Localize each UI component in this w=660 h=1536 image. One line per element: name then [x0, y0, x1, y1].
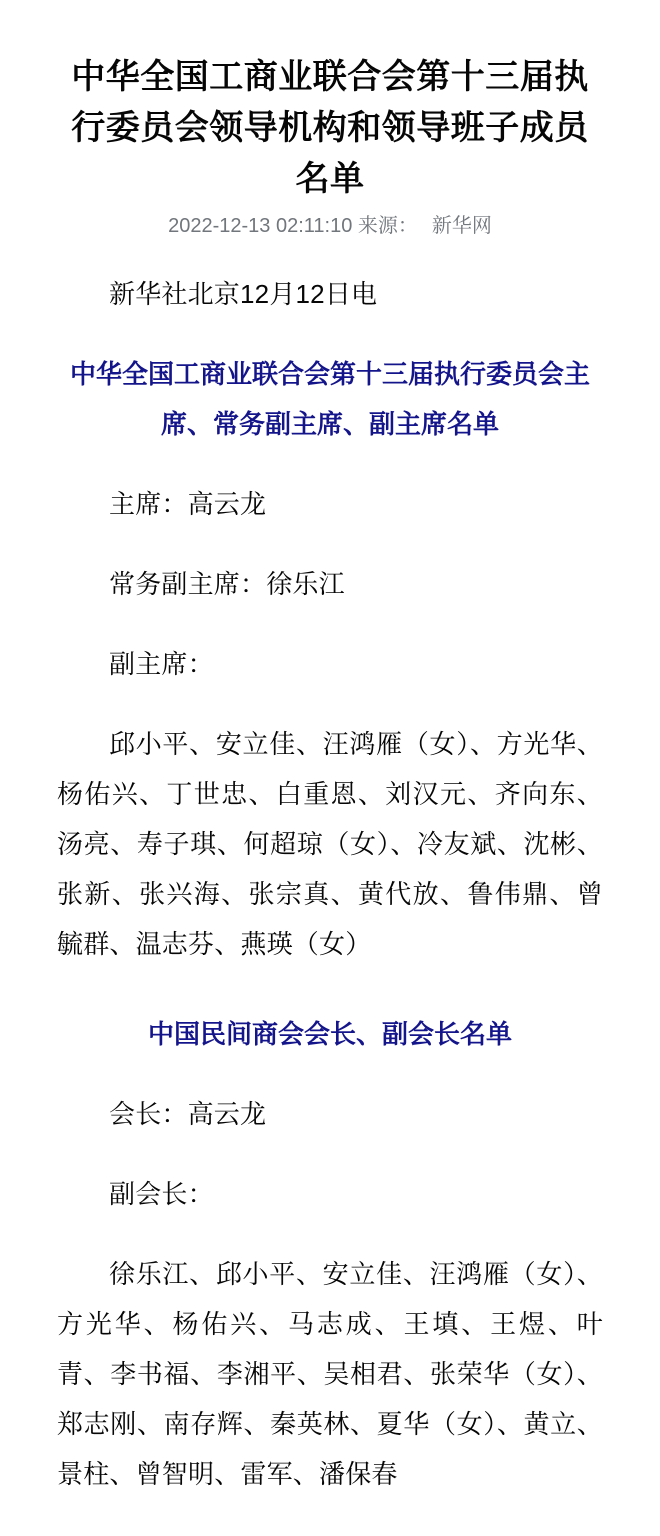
publish-datetime: 2022-12-13 02:11:10 — [168, 215, 352, 237]
source-label: 来源： — [358, 215, 418, 237]
source-name: 新华网 — [432, 215, 492, 237]
vice-chairmen-list: 邱小平、安立佳、汪鸿雁（女）、方光华、杨佑兴、丁世忠、白重恩、刘汉元、齐向东、汤… — [57, 719, 603, 969]
section1-heading: 中华全国工商业联合会第十三届执行委员会主席、常务副主席、副主席名单 — [57, 349, 603, 449]
article-page: 中华全国工商业联合会第十三届执行委员会领导机构和领导班子成员名单 2022-12… — [0, 0, 660, 1536]
intro-paragraph: 新华社北京12月12日电 — [57, 269, 603, 319]
executive-vice-chairman-line: 常务副主席：徐乐江 — [57, 559, 603, 609]
article-body: 中华全国工商业联合会第十三届执行委员会领导机构和领导班子成员名单 2022-12… — [57, 52, 603, 1499]
article-meta: 2022-12-13 02:11:10 来源：新华网 — [57, 213, 603, 239]
vice-presidents-label: 副会长： — [57, 1169, 603, 1219]
article-title: 中华全国工商业联合会第十三届执行委员会领导机构和领导班子成员名单 — [57, 52, 603, 205]
vice-chairmen-label: 副主席： — [57, 639, 603, 689]
vice-presidents-list: 徐乐江、邱小平、安立佳、汪鸿雁（女）、方光华、杨佑兴、马志成、王填、王煜、叶青、… — [57, 1249, 603, 1499]
chairman-line: 主席：高云龙 — [57, 479, 603, 529]
president-line: 会长：高云龙 — [57, 1089, 603, 1139]
section2-heading: 中国民间商会会长、副会长名单 — [57, 1009, 603, 1059]
